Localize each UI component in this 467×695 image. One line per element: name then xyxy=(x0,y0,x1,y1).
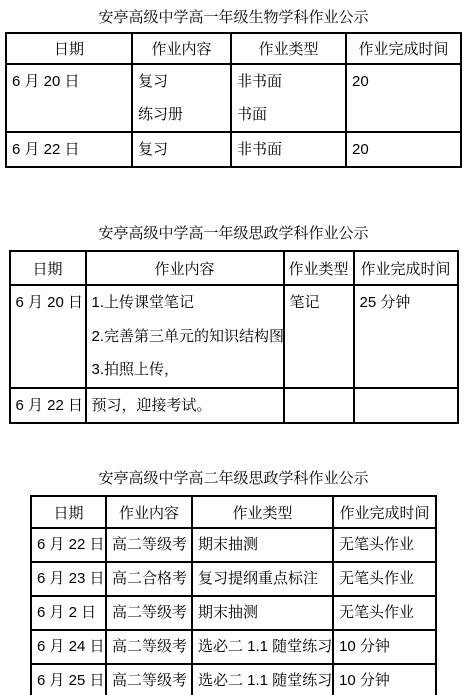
type-cell: 选必二 1.1 随堂练习 xyxy=(192,664,333,695)
homework-section-biology-g10: 安亭高级中学高一年级生物学科作业公示 日期 作业内容 作业类型 作业完成时间 6… xyxy=(0,9,467,168)
date-cell: 6 月 22 日 xyxy=(31,528,106,562)
cell-line: 书面 xyxy=(237,98,342,131)
type-cell xyxy=(284,388,354,424)
type-cell: 选必二 1.1 随堂练习 xyxy=(192,630,333,664)
cell-line: 非书面 xyxy=(237,133,342,166)
cell-line: 预习，迎接考试。 xyxy=(92,389,280,423)
date-cell: 6 月 20 日 xyxy=(6,64,132,132)
column-header-type: 作业类型 xyxy=(231,33,346,64)
cell-line: 6 月 24 日 xyxy=(37,638,102,656)
type-cell: 非书面 书面 xyxy=(231,64,346,132)
cell-line: 高二合格考 xyxy=(112,570,188,588)
cell-line: 6 月 20 日 xyxy=(12,65,128,98)
cell-line: 10 分钟 xyxy=(339,638,432,656)
cell-line: 20 xyxy=(352,133,457,166)
homework-section-politics-g10: 安亭高级中学高一年级思政学科作业公示 日期 作业内容 作业类型 作业完成时间 6… xyxy=(0,225,467,424)
cell-line: 笔记 xyxy=(290,286,350,320)
time-cell: 无笔头作业 xyxy=(333,562,436,596)
column-header-content: 作业内容 xyxy=(132,33,231,64)
cell-line: 6 月 25 日 xyxy=(37,672,102,690)
date-cell: 6 月 23 日 xyxy=(31,562,106,596)
table-row: 6 月 22 日 高二等级考 期末抽测 无笔头作业 xyxy=(31,528,436,562)
time-cell: 10 分钟 xyxy=(333,630,436,664)
column-header-time: 作业完成时间 xyxy=(354,251,458,285)
column-header-time: 作业完成时间 xyxy=(333,496,436,528)
cell-line: 25 分钟 xyxy=(360,286,454,320)
table-row: 6 月 23 日 高二合格考 复习提纲重点标注 无笔头作业 xyxy=(31,562,436,596)
time-cell xyxy=(354,388,458,424)
content-cell: 预习，迎接考试。 xyxy=(86,388,284,424)
content-cell: 复习 练习册 xyxy=(132,64,231,132)
cell-line: 无笔头作业 xyxy=(339,536,432,554)
column-header-date: 日期 xyxy=(10,251,86,285)
document-page: 安亭高级中学高一年级生物学科作业公示 日期 作业内容 作业类型 作业完成时间 6… xyxy=(0,9,467,695)
table-row: 6 月 24 日 高二等级考 选必二 1.1 随堂练习 10 分钟 xyxy=(31,630,436,664)
content-cell: 复习 xyxy=(132,132,231,167)
cell-line: 6 月 20 日 xyxy=(16,286,82,320)
cell-line: 复习 xyxy=(138,133,227,166)
type-cell: 复习提纲重点标注 xyxy=(192,562,333,596)
cell-line: 1.上传课堂笔记 xyxy=(92,286,280,320)
date-cell: 6 月 25 日 xyxy=(31,664,106,695)
cell-line: 20 xyxy=(352,65,457,98)
type-cell: 非书面 xyxy=(231,132,346,167)
column-header-type: 作业类型 xyxy=(192,496,333,528)
header-row: 日期 作业内容 作业类型 作业完成时间 xyxy=(10,251,458,285)
homework-table-biology-g10: 日期 作业内容 作业类型 作业完成时间 6 月 20 日 复习 练习册 非书面 … xyxy=(5,32,462,168)
cell-line: 选必二 1.1 随堂练习 xyxy=(198,672,329,690)
time-cell: 20 xyxy=(346,132,461,167)
date-cell: 6 月 22 日 xyxy=(10,388,86,424)
date-cell: 6 月 22 日 xyxy=(6,132,132,167)
homework-table-politics-g10: 日期 作业内容 作业类型 作业完成时间 6 月 20 日 1.上传课堂笔记 2.… xyxy=(9,250,459,424)
cell-line: 练习册 xyxy=(138,98,227,131)
time-cell: 无笔头作业 xyxy=(333,528,436,562)
cell-line: 选必二 1.1 随堂练习 xyxy=(198,638,329,656)
column-header-type: 作业类型 xyxy=(284,251,354,285)
date-cell: 6 月 24 日 xyxy=(31,630,106,664)
cell-line: 无笔头作业 xyxy=(339,570,432,588)
section-title: 安亭高级中学高一年级思政学科作业公示 xyxy=(0,225,467,243)
cell-line: 期末抽测 xyxy=(198,536,329,554)
content-cell: 高二合格考 xyxy=(106,562,192,596)
cell-line: 非书面 xyxy=(237,65,342,98)
cell-line: 高二等级考 xyxy=(112,638,188,656)
date-cell: 6 月 20 日 xyxy=(10,285,86,388)
date-cell: 6 月 2 日 xyxy=(31,596,106,630)
table-row: 6 月 2 日 高二等级考 期末抽测 无笔头作业 xyxy=(31,596,436,630)
section-title: 安亭高级中学高二年级思政学科作业公示 xyxy=(0,470,467,488)
time-cell: 无笔头作业 xyxy=(333,596,436,630)
section-title: 安亭高级中学高一年级生物学科作业公示 xyxy=(0,9,467,27)
column-header-content: 作业内容 xyxy=(86,251,284,285)
table-row: 6 月 22 日 复习 非书面 20 xyxy=(6,132,461,167)
table-row: 6 月 20 日 1.上传课堂笔记 2.完善第三单元的知识结构图 3.拍照上传，… xyxy=(10,285,458,388)
cell-line: 10 分钟 xyxy=(339,672,432,690)
content-cell: 高二等级考 xyxy=(106,528,192,562)
time-cell: 20 xyxy=(346,64,461,132)
cell-line: 6 月 22 日 xyxy=(12,133,128,166)
cell-line: 无笔头作业 xyxy=(339,604,432,622)
cell-line: 高二等级考 xyxy=(112,604,188,622)
header-row: 日期 作业内容 作业类型 作业完成时间 xyxy=(31,496,436,528)
content-cell: 高二等级考 xyxy=(106,664,192,695)
homework-table-politics-g11: 日期 作业内容 作业类型 作业完成时间 6 月 22 日 高二等级考 期末抽测 … xyxy=(30,495,437,695)
cell-line: 2.完善第三单元的知识结构图 xyxy=(92,320,280,354)
cell-line: 6 月 2 日 xyxy=(37,604,102,622)
cell-line: 期末抽测 xyxy=(198,604,329,622)
table-row: 6 月 22 日 预习，迎接考试。 xyxy=(10,388,458,424)
cell-line: 复习提纲重点标注 xyxy=(198,570,329,588)
cell-line: 6 月 22 日 xyxy=(16,389,82,423)
table-row: 6 月 20 日 复习 练习册 非书面 书面 20 xyxy=(6,64,461,132)
cell-line: 3.拍照上传， xyxy=(92,353,280,387)
cell-line: 高二等级考 xyxy=(112,536,188,554)
type-cell: 期末抽测 xyxy=(192,596,333,630)
cell-line: 复习 xyxy=(138,65,227,98)
column-header-content: 作业内容 xyxy=(106,496,192,528)
cell-line: 高二等级考 xyxy=(112,672,188,690)
type-cell: 笔记 xyxy=(284,285,354,388)
header-row: 日期 作业内容 作业类型 作业完成时间 xyxy=(6,33,461,64)
content-cell: 1.上传课堂笔记 2.完善第三单元的知识结构图 3.拍照上传， xyxy=(86,285,284,388)
column-header-time: 作业完成时间 xyxy=(346,33,461,64)
homework-section-politics-g11: 安亭高级中学高二年级思政学科作业公示 日期 作业内容 作业类型 作业完成时间 6… xyxy=(0,470,467,695)
column-header-date: 日期 xyxy=(6,33,132,64)
table-row: 6 月 25 日 高二等级考 选必二 1.1 随堂练习 10 分钟 xyxy=(31,664,436,695)
time-cell: 25 分钟 xyxy=(354,285,458,388)
column-header-date: 日期 xyxy=(31,496,106,528)
cell-line: 6 月 22 日 xyxy=(37,536,102,554)
content-cell: 高二等级考 xyxy=(106,630,192,664)
cell-line: 6 月 23 日 xyxy=(37,570,102,588)
type-cell: 期末抽测 xyxy=(192,528,333,562)
time-cell: 10 分钟 xyxy=(333,664,436,695)
content-cell: 高二等级考 xyxy=(106,596,192,630)
